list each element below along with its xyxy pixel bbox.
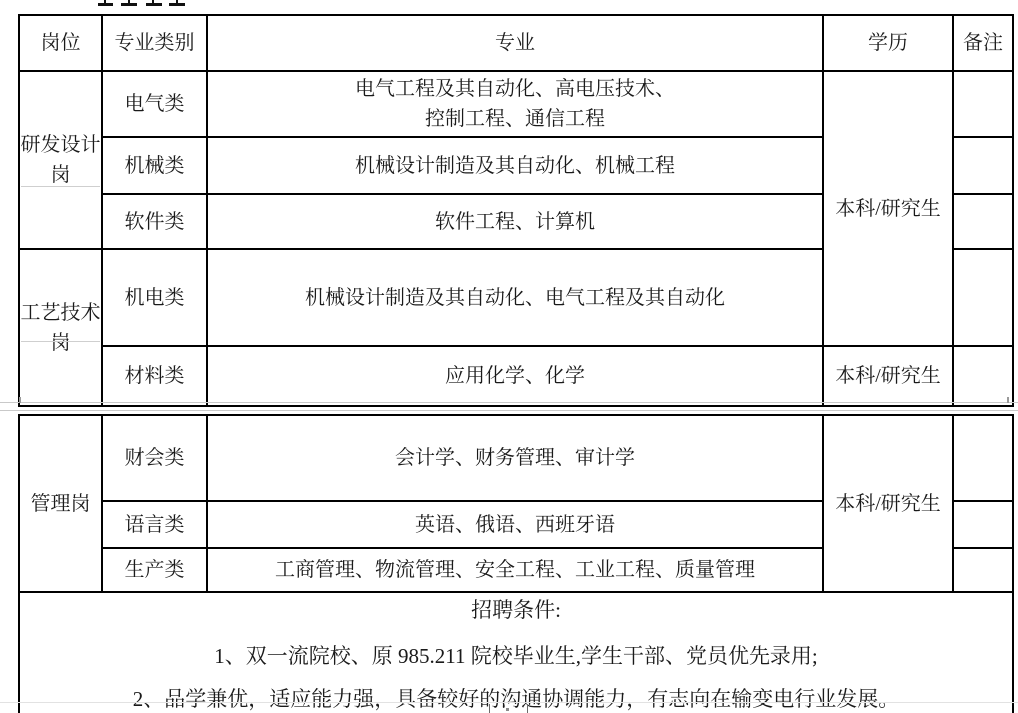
category-cell: 语言类 — [102, 501, 207, 548]
conditions-item-1: 1、双一流院校、原 985.211 院校毕业生,学生干部、党员优先录用; — [20, 641, 1012, 671]
clipped-next-cell-border — [489, 704, 490, 713]
major-cell: 会计学、财务管理、审计学 — [207, 415, 823, 501]
table-row: 管理岗 财会类 会计学、财务管理、审计学 本科/研究生 — [19, 415, 1013, 501]
header-remark: 备注 — [953, 15, 1013, 71]
remark-cell-empty — [953, 415, 1013, 501]
major-cell: 英语、俄语、西班牙语 — [207, 501, 823, 548]
border-stub — [1007, 397, 1009, 403]
faint-gridline — [21, 186, 100, 187]
notes-row: 招聘条件: 1、双一流院校、原 985.211 院校毕业生,学生干部、党员优先录… — [19, 592, 1013, 713]
post-group-process-tech: 工艺技术岗 — [19, 249, 102, 406]
remark-cell-empty — [953, 137, 1013, 194]
table-header-row: 岗位 专业类别 专业 学历 备注 — [19, 15, 1013, 71]
major-cell: 机械设计制造及其自动化、电气工程及其自动化 — [207, 249, 823, 346]
category-cell: 财会类 — [102, 415, 207, 501]
remark-cell-empty — [953, 346, 1013, 406]
major-cell: 软件工程、计算机 — [207, 194, 823, 249]
education-cell-merged: 本科/研究生 — [823, 415, 953, 592]
page-break-line — [0, 410, 1018, 411]
remark-cell-empty — [953, 249, 1013, 346]
recruitment-table-2: 管理岗 财会类 会计学、财务管理、审计学 本科/研究生 语言类 英语、俄语、西班… — [18, 414, 1014, 713]
major-line: 控制工程、通信工程 — [208, 104, 822, 134]
major-line: 电气工程及其自动化、高电压技术、 — [208, 74, 822, 104]
clipped-next-content-fragment — [506, 708, 509, 711]
category-cell: 生产类 — [102, 548, 207, 592]
recruitment-conditions-cell: 招聘条件: 1、双一流院校、原 985.211 院校毕业生,学生干部、党员优先录… — [19, 592, 1013, 713]
major-cell: 应用化学、化学 — [207, 346, 823, 406]
remark-cell-empty — [953, 194, 1013, 249]
header-education: 学历 — [823, 15, 953, 71]
clipped-next-cell-border — [527, 704, 528, 713]
header-major: 专业 — [207, 15, 823, 71]
page-break-line — [0, 402, 1018, 403]
category-cell: 材料类 — [102, 346, 207, 406]
header-category: 专业类别 — [102, 15, 207, 71]
category-cell: 电气类 — [102, 71, 207, 137]
conditions-item-2: 2、品学兼优，适应能力强，具备较好的沟通协调能力，有志向在输变电行业发展。 — [20, 684, 1012, 713]
border-stub — [19, 397, 21, 403]
remark-cell-empty — [953, 501, 1013, 548]
document-page: 岗位 专业类别 专业 学历 备注 研发设计岗 电气类 电气工程及其自动化、高电压… — [0, 0, 1018, 713]
table-row: 研发设计岗 电气类 电气工程及其自动化、高电压技术、 控制工程、通信工程 本科/… — [19, 71, 1013, 137]
table-row: 材料类 应用化学、化学 本科/研究生 — [19, 346, 1013, 406]
major-cell: 机械设计制造及其自动化、机械工程 — [207, 137, 823, 194]
category-cell: 机械类 — [102, 137, 207, 194]
post-group-rd-design: 研发设计岗 — [19, 71, 102, 249]
remark-cell-empty — [953, 71, 1013, 137]
remark-cell-empty — [953, 548, 1013, 592]
education-cell-merged: 本科/研究生 — [823, 71, 953, 346]
education-cell: 本科/研究生 — [823, 346, 953, 406]
recruitment-table-1: 岗位 专业类别 专业 学历 备注 研发设计岗 电气类 电气工程及其自动化、高电压… — [18, 14, 1014, 407]
major-cell: 工商管理、物流管理、安全工程、工业工程、质量管理 — [207, 548, 823, 592]
page-bottom-line — [0, 702, 1018, 703]
header-post: 岗位 — [19, 15, 102, 71]
faint-gridline — [21, 341, 100, 342]
conditions-title: 招聘条件: — [20, 595, 1012, 625]
post-group-management: 管理岗 — [19, 415, 102, 592]
major-cell: 电气工程及其自动化、高电压技术、 控制工程、通信工程 — [207, 71, 823, 137]
category-cell: 软件类 — [102, 194, 207, 249]
category-cell: 机电类 — [102, 249, 207, 346]
